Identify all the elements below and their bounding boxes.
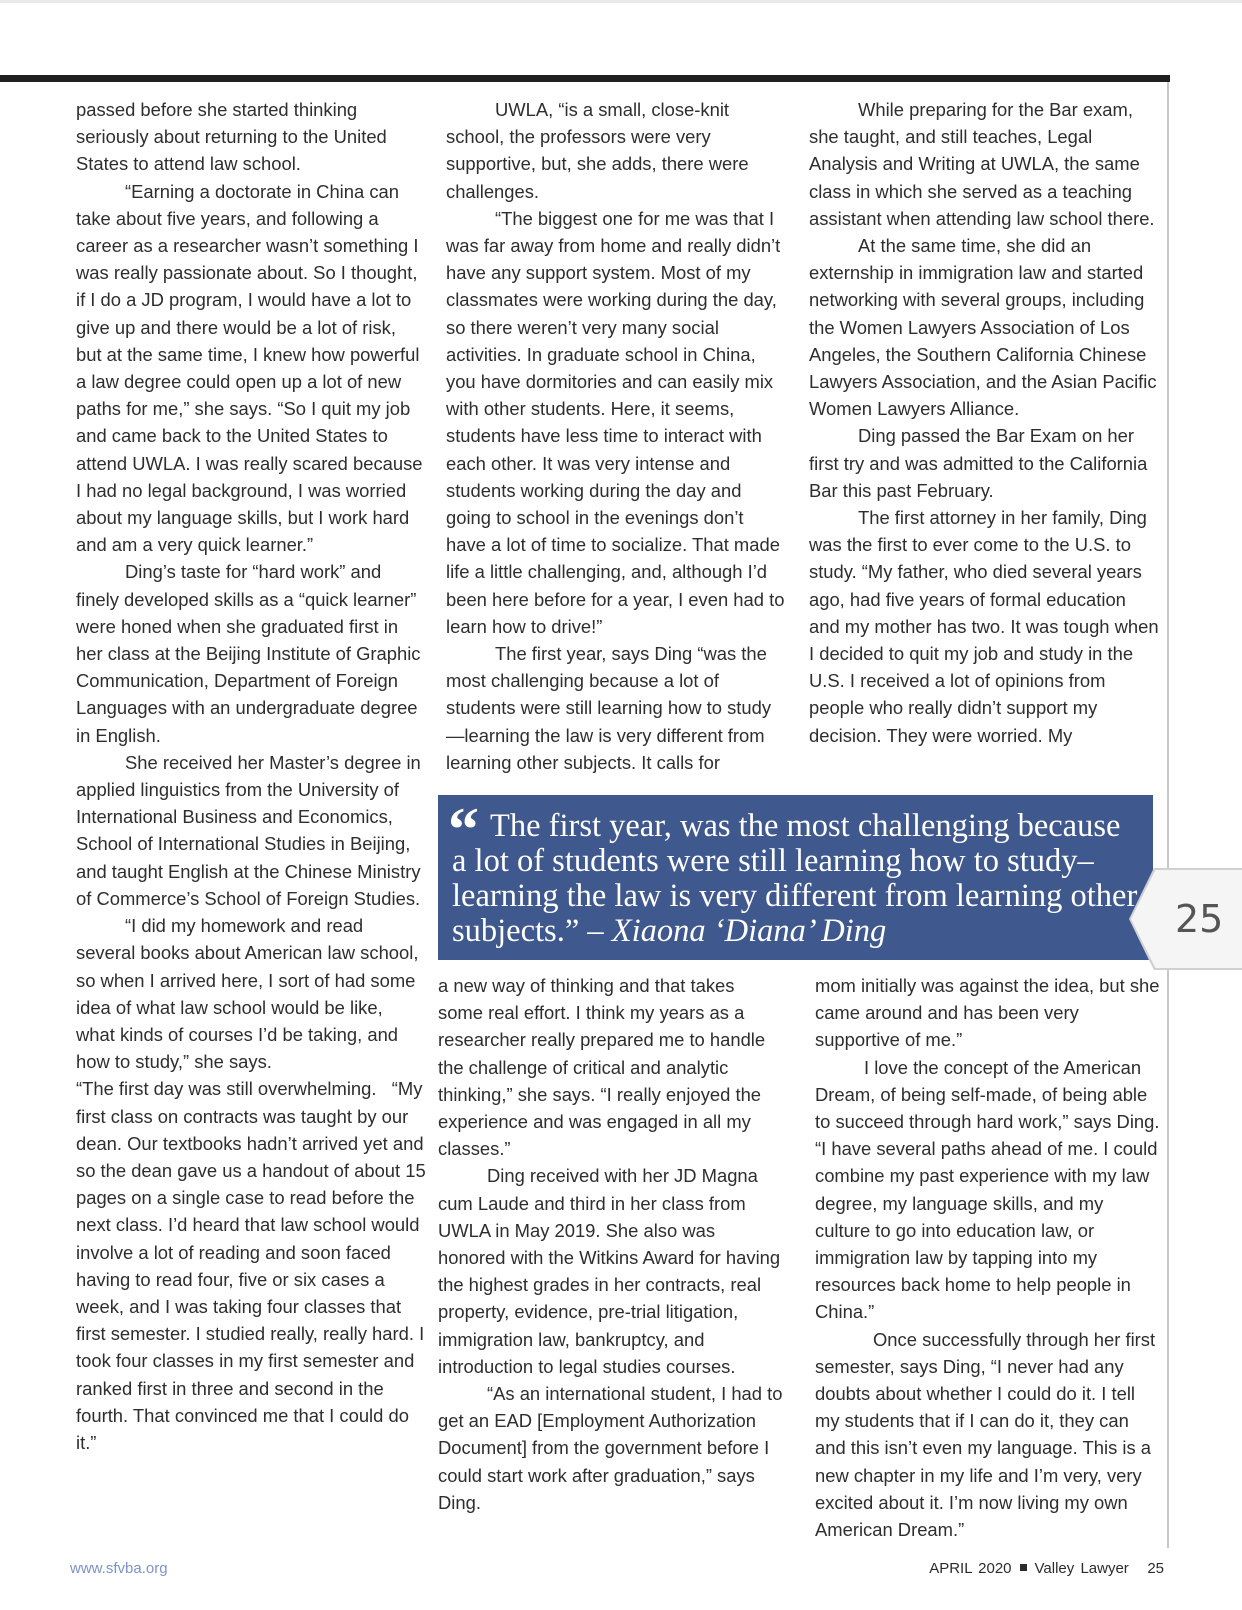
article-column-3-top: While preparing for the Bar exam, she ta… <box>809 96 1159 749</box>
paragraph: The first attorney in her family, Ding w… <box>809 504 1159 749</box>
paragraph: a new way of thinking and that takes som… <box>438 972 783 1162</box>
paragraph: Ding received with her JD Magna cum Laud… <box>438 1162 783 1380</box>
article-column-2-bottom: a new way of thinking and that takes som… <box>438 972 783 1516</box>
header-rule <box>0 75 1170 82</box>
pull-quote: “ The first year, was the most challengi… <box>438 795 1153 960</box>
paragraph: While preparing for the Bar exam, she ta… <box>809 96 1159 232</box>
bullet-square-icon <box>1020 1564 1027 1571</box>
paragraph: “As an international student, I had to g… <box>438 1380 783 1516</box>
pull-quote-attribution: – Xiaona ‘Diana’ Ding <box>579 913 886 949</box>
article-column-2-top: UWLA, “is a small, close-knit school, th… <box>446 96 786 776</box>
footer-website-link[interactable]: www.sfvba.org <box>70 1560 168 1577</box>
paragraph: “Earning a doctorate in China can take a… <box>76 178 426 559</box>
paragraph: I love the concept of the American Dream… <box>815 1054 1160 1326</box>
paragraph: The first year, says Ding “was the most … <box>446 640 786 776</box>
paragraph: Ding passed the Bar Exam on her first tr… <box>809 422 1159 504</box>
paragraph: Ding’s taste for “hard work” and finely … <box>76 558 426 748</box>
quote-mark-icon: “ <box>448 805 479 855</box>
paragraph: passed before she started thinking serio… <box>76 96 426 178</box>
footer-page-number: 25 <box>1147 1560 1164 1577</box>
page-edge-line <box>1167 82 1169 1548</box>
paragraph: “The biggest one for me was that I was f… <box>446 205 786 640</box>
paragraph: UWLA, “is a small, close-knit school, th… <box>446 96 786 205</box>
article-column-3-bottom: mom initially was against the idea, but … <box>815 972 1160 1543</box>
paragraph: She received her Master’s degree in appl… <box>76 749 426 912</box>
page-tab-number: 25 <box>1175 897 1223 941</box>
footer-issue-info: APRIL 2020Valley Lawyer 25 <box>929 1560 1164 1577</box>
pull-quote-text-block: The first year, was the most challenging… <box>452 809 1139 949</box>
paragraph: mom initially was against the idea, but … <box>815 972 1160 1054</box>
footer-issue-date: APRIL 2020 <box>929 1560 1011 1577</box>
paragraph: At the same time, she did an externship … <box>809 232 1159 422</box>
article-column-1: passed before she started thinking serio… <box>76 96 426 1456</box>
paragraph: Once successfully through her first seme… <box>815 1326 1160 1544</box>
top-edge <box>0 0 1242 3</box>
footer-publication: Valley Lawyer <box>1035 1560 1129 1577</box>
paragraph: “I did my homework and read several book… <box>76 912 426 1456</box>
